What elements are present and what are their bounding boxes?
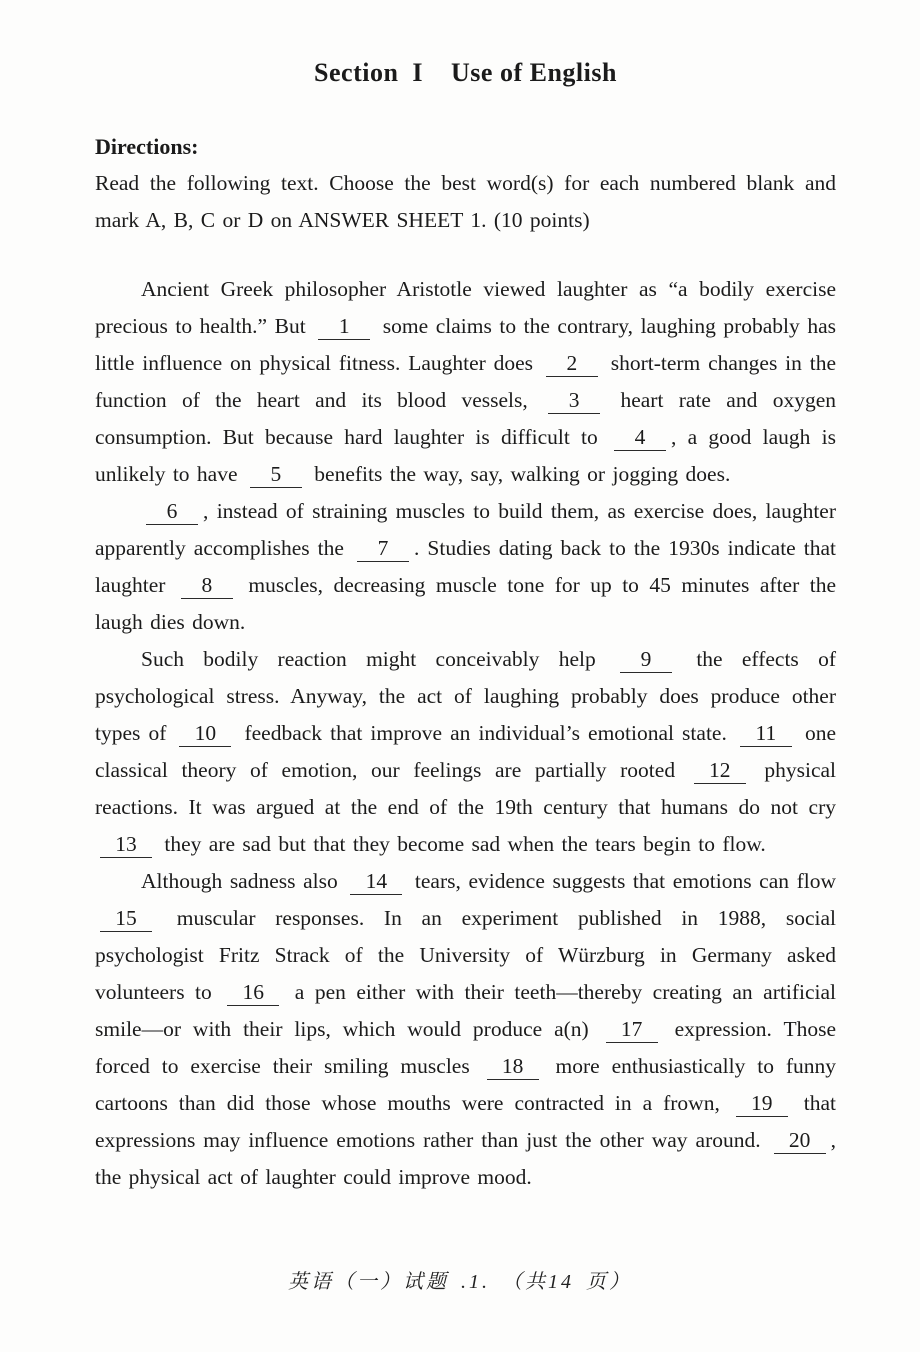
blank-20: 20 — [774, 1128, 826, 1154]
blank-4: 4 — [614, 425, 666, 451]
paragraph-3: Such bodily reaction might conceivably h… — [95, 641, 836, 863]
blank-14: 14 — [350, 869, 402, 895]
blank-5: 5 — [250, 462, 302, 488]
paragraph-4: Although sadness also 14 tears, evidence… — [95, 863, 836, 1196]
blank-10: 10 — [179, 721, 231, 747]
blank-15: 15 — [100, 906, 152, 932]
blank-2: 2 — [546, 351, 598, 377]
blank-1: 1 — [318, 314, 370, 340]
blank-19: 19 — [736, 1091, 788, 1117]
blank-18: 18 — [487, 1054, 539, 1080]
page-footer: 英语（一）试题 .1. （共14 页） — [0, 1265, 920, 1294]
blank-16: 16 — [227, 980, 279, 1006]
blank-11: 11 — [740, 721, 792, 747]
passage: Ancient Greek philosopher Aristotle view… — [95, 271, 836, 1196]
directions-heading: Directions: — [95, 134, 836, 160]
exam-page: Section I Use of English Directions: Rea… — [0, 0, 920, 1352]
blank-3: 3 — [548, 388, 600, 414]
blank-13: 13 — [100, 832, 152, 858]
paragraph-1: Ancient Greek philosopher Aristotle view… — [95, 271, 836, 493]
blank-12: 12 — [694, 758, 746, 784]
blank-8: 8 — [181, 573, 233, 599]
blank-17: 17 — [606, 1017, 658, 1043]
directions-text: Read the following text. Choose the best… — [95, 165, 836, 239]
blank-7: 7 — [357, 536, 409, 562]
blank-6: 6 — [146, 499, 198, 525]
paragraph-2: 6, instead of straining muscles to build… — [95, 493, 836, 641]
blank-9: 9 — [620, 647, 672, 673]
section-title: Section I Use of English — [95, 58, 836, 88]
